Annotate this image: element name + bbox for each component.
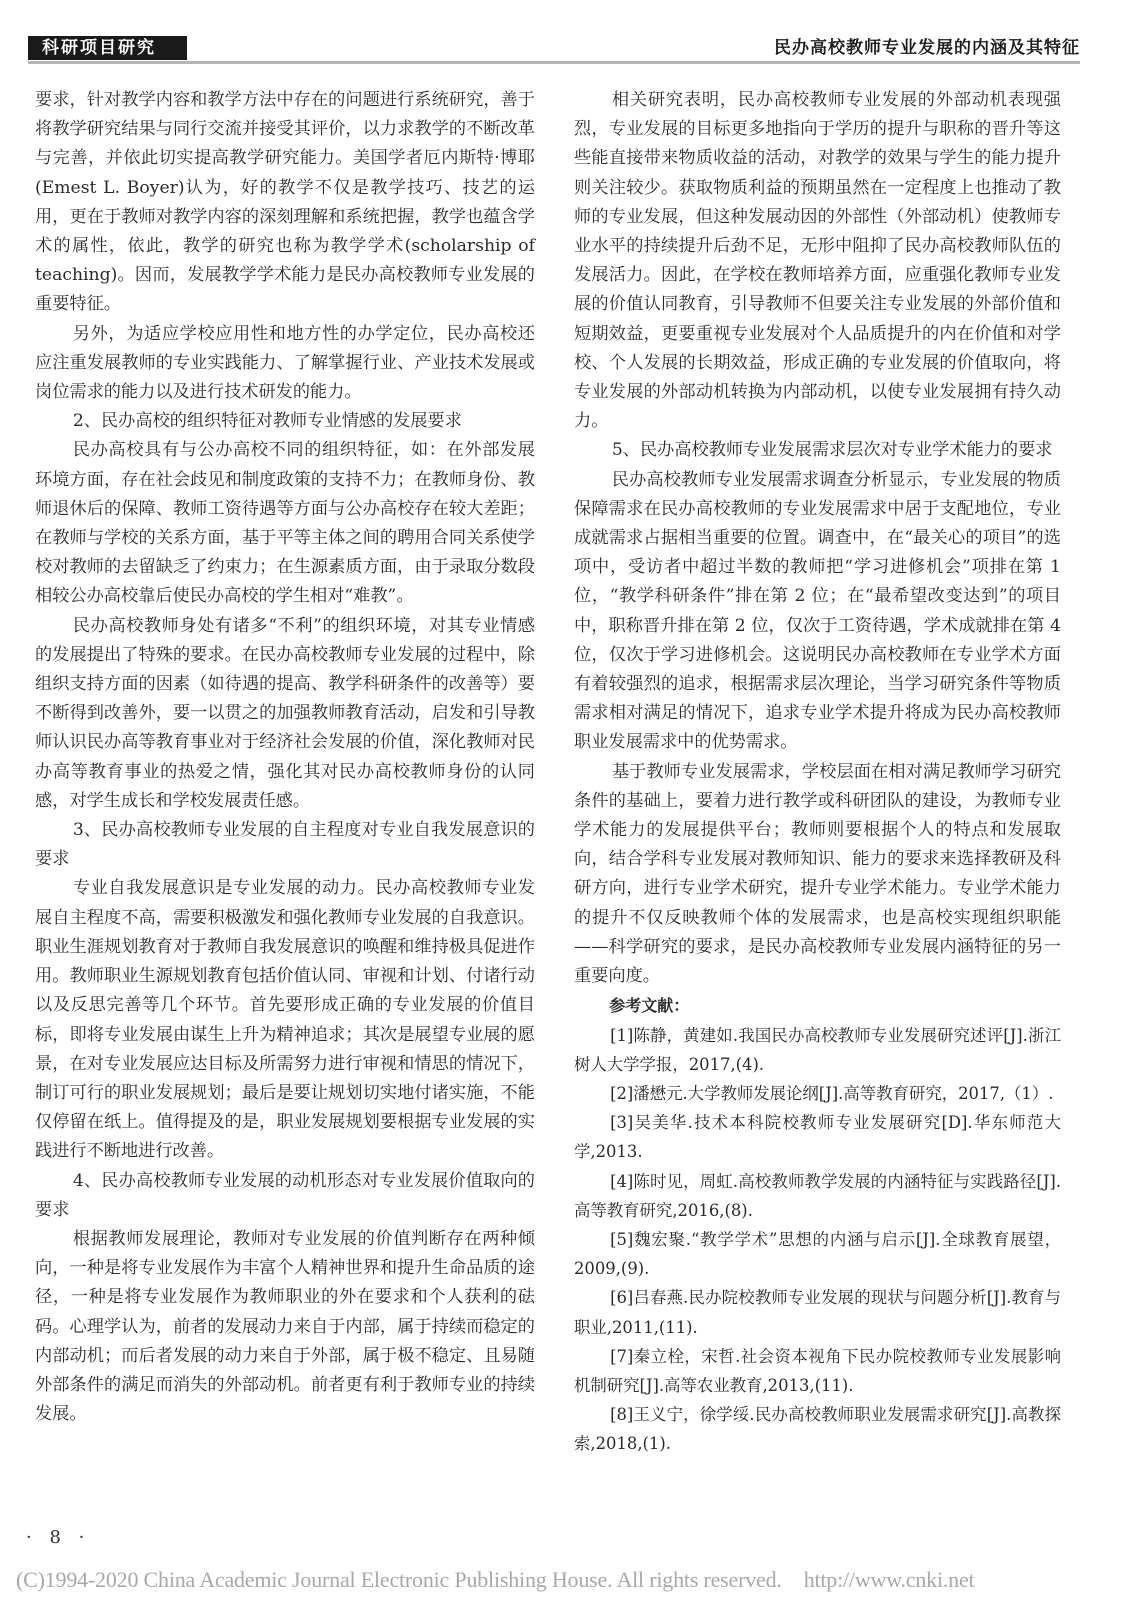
reference-item: [5]魏宏聚.“教学学术”思想的内涵与启示[J].全球教育展望，2009,(9)… — [574, 1225, 1061, 1283]
reference-item: [4]陈时见，周虹.高校教师教学发展的内涵特征与实践路径[J].高等教育研究,2… — [574, 1167, 1061, 1225]
reference-item: [1]陈静，黄建如.我国民办高校教师专业发展研究述评[J].浙江树人大学学报，2… — [574, 1021, 1061, 1079]
reference-item: [6]吕春燕.民办院校教师专业发展的现状与问题分析[J].教育与职业,2011,… — [574, 1283, 1061, 1341]
paragraph: 相关研究表明，民办高校教师专业发展的外部动机表现强烈，专业发展的目标更多地指向于… — [574, 86, 1061, 436]
reference-item: [7]秦立栓，宋哲.社会资本视角下民办院校教师专业发展影响机制研究[J].高等农… — [574, 1342, 1061, 1400]
section-heading: 5、民办高校教师专业发展需求层次对专业学术能力的要求 — [574, 436, 1061, 465]
paragraph: 民办高校具有与公办高校不同的组织特征，如：在外部发展环境方面，存在社会歧见和制度… — [35, 436, 535, 611]
paragraph: 民办高校教师身处有诸多“不利”的组织环境，对其专业情感的发展提出了特殊的要求。在… — [35, 612, 535, 816]
copyright-text: (C)1994-2020 China Academic Journal Elec… — [16, 1567, 782, 1592]
section-heading: 2、民办高校的组织特征对教师专业情感的发展要求 — [35, 407, 535, 436]
paragraph: 专业自我发展意识是专业发展的动力。民办高校教师专业发展自主程度不高，需要积极激发… — [35, 874, 535, 1166]
references-heading: 参考文献： — [574, 991, 1061, 1020]
section-heading: 4、民办高校教师专业发展的动机形态对专业发展价值取向的要求 — [35, 1167, 535, 1225]
right-column: 相关研究表明，民办高校教师专业发展的外部动机表现强烈，专业发展的目标更多地指向于… — [574, 86, 1061, 1459]
reference-item: [2]潘懋元.大学教师发展论纲[J].高等教育研究，2017,（1）. — [574, 1079, 1061, 1108]
reference-item: [8]王义宁，徐学绥.民办高校教师职业发展需求研究[J].高教探索,2018,(… — [574, 1400, 1061, 1458]
page-number: · 8 · — [26, 1527, 90, 1548]
footer-url: http://www.cnki.net — [804, 1567, 975, 1592]
section-tag: 科研项目研究 — [28, 36, 187, 60]
header-divider — [28, 61, 1080, 64]
paragraph: 另外，为适应学校应用性和地方性的办学定位，民办高校还应注重发展教师的专业实践能力… — [35, 320, 535, 408]
reference-item: [3]吴美华.技术本科院校教师专业发展研究[D].华东师范大学,2013. — [574, 1108, 1061, 1166]
copyright-notice: (C)1994-2020 China Academic Journal Elec… — [16, 1567, 974, 1593]
running-header: 科研项目研究 民办高校教师专业发展的内涵及其特征 — [28, 36, 1080, 64]
section-heading: 3、民办高校教师专业发展的自主程度对专业自我发展意识的要求 — [35, 816, 535, 874]
paragraph: 基于教师专业发展需求，学校层面在相对满足教师学习研究条件的基础上，要着力进行教学… — [574, 758, 1061, 992]
running-title: 民办高校教师专业发展的内涵及其特征 — [774, 36, 1080, 60]
paragraph: 要求，针对教学内容和教学方法中存在的问题进行系统研究，善于将教学研究结果与同行交… — [35, 86, 535, 320]
paragraph: 根据教师发展理论，教师对专业发展的价值判断存在两种倾向，一种是将专业发展作为丰富… — [35, 1225, 535, 1429]
left-column: 要求，针对教学内容和教学方法中存在的问题进行系统研究，善于将教学研究结果与同行交… — [35, 86, 535, 1429]
paragraph: 民办高校教师专业发展需求调查分析显示，专业发展的物质保障需求在民办高校教师的专业… — [574, 466, 1061, 758]
